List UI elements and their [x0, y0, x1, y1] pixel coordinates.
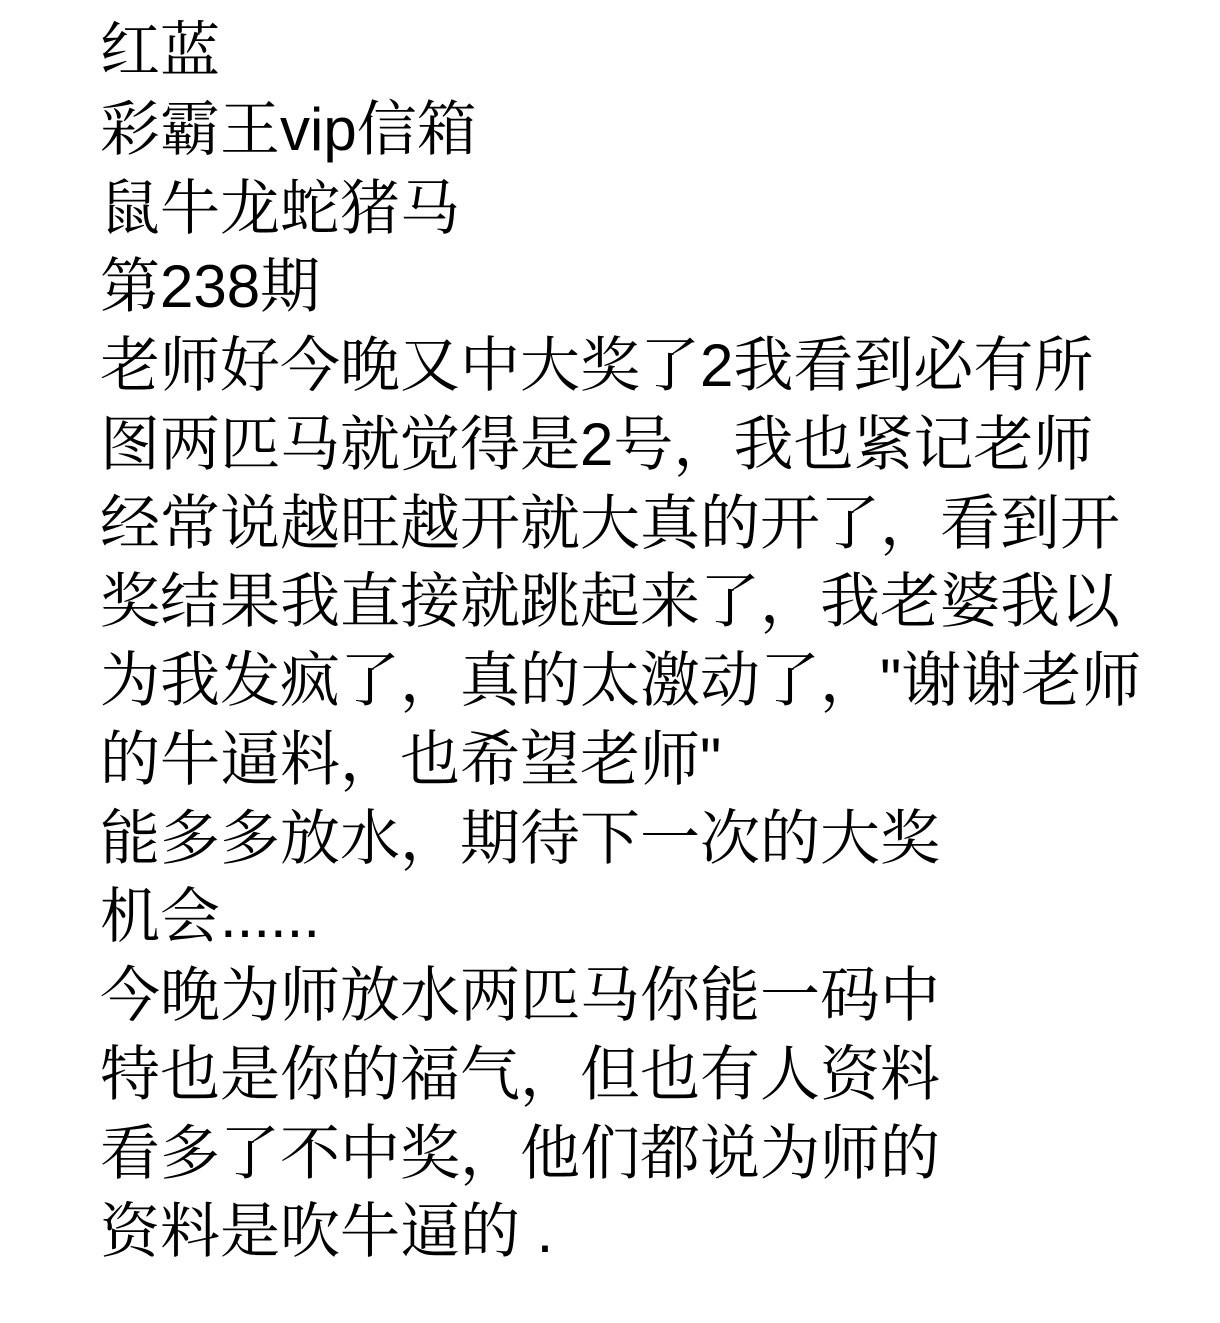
text-line: 彩霸王vip信箱	[100, 91, 1160, 170]
text-line: 的牛逼料，也希望老师"	[100, 721, 1160, 800]
text-line: 红蓝	[100, 12, 1160, 91]
text-line: 机会......	[100, 878, 1160, 957]
text-line: 特也是你的福气，但也有人资料	[100, 1036, 1160, 1115]
text-line: 能多多放水，期待下一次的大奖	[100, 800, 1160, 879]
text-line: 经常说越旺越开就大真的开了，看到开	[100, 485, 1160, 564]
message-text: 红蓝彩霸王vip信箱鼠牛龙蛇猪马第238期老师好今晚又中大奖了2我看到必有所图两…	[0, 0, 1220, 1272]
text-line: 图两匹马就觉得是2号，我也紧记老师	[100, 406, 1160, 485]
text-line: 鼠牛龙蛇猪马	[100, 170, 1160, 249]
text-line: 看多了不中奖，他们都说为师的	[100, 1115, 1160, 1194]
text-line: 老师好今晚又中大奖了2我看到必有所	[100, 327, 1160, 406]
text-line: 今晚为师放水两匹马你能一码中	[100, 957, 1160, 1036]
text-line: 资料是吹牛逼的 .	[100, 1193, 1160, 1272]
text-line: 奖结果我直接就跳起来了，我老婆我以	[100, 563, 1160, 642]
text-line: 为我发疯了，真的太激动了，"谢谢老师	[100, 642, 1160, 721]
text-line: 第238期	[100, 248, 1160, 327]
